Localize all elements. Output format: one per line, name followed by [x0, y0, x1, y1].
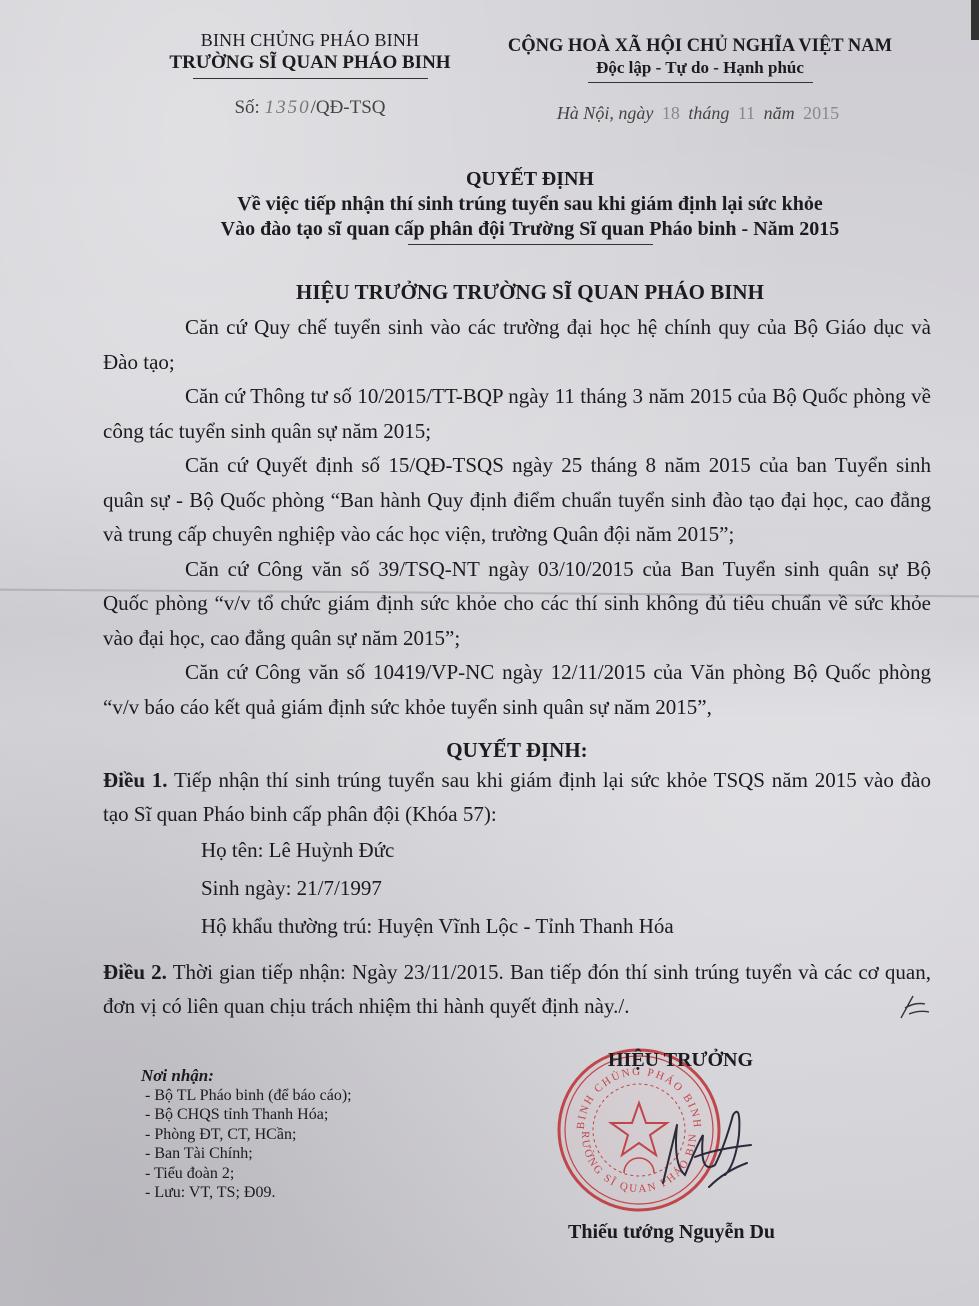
recipient-item: - Lưu: VT, TS; Đ09.	[145, 1183, 352, 1203]
document-title-block: QUYẾT ĐỊNH Về việc tiếp nhận thí sinh tr…	[140, 168, 920, 245]
legal-basis: Căn cứ Quyết định số 15/QĐ-TSQS ngày 25 …	[103, 448, 931, 552]
issuing-agency-block: BINH CHỦNG PHÁO BINH TRƯỜNG SĨ QUAN PHÁO…	[130, 30, 490, 119]
subject-line-1: Về việc tiếp nhận thí sinh trúng tuyển s…	[140, 193, 920, 216]
recipient-item: - Bộ CHQS tỉnh Thanh Hóa;	[145, 1105, 352, 1125]
date-day: 18	[658, 103, 684, 123]
number-prefix: Số:	[234, 97, 259, 118]
date-prefix: Hà Nội, ngày	[557, 103, 654, 123]
title-underline	[408, 244, 653, 245]
recipients-heading: Nơi nhận:	[141, 1066, 352, 1086]
document-title: QUYẾT ĐỊNH	[140, 168, 920, 191]
number-suffix: /QĐ-TSQ	[311, 97, 386, 118]
candidate-dob: Sinh ngày: 21/7/1997	[103, 869, 931, 907]
date-month-label: tháng	[688, 103, 729, 123]
date-year: 2015	[799, 103, 843, 123]
motto-underline	[588, 82, 813, 83]
issuer-title: HIỆU TRƯỞNG TRƯỜNG SĨ QUAN PHÁO BINH	[140, 280, 920, 305]
recipient-item: - Ban Tài Chính;	[145, 1144, 352, 1164]
handwritten-signature-icon	[655, 1105, 765, 1195]
national-header-block: CỘNG HOÀ XÃ HỘI CHỦ NGHĨA VIỆT NAM Độc l…	[480, 36, 920, 124]
recipients-block: Nơi nhận: - Bộ TL Pháo binh (để báo cáo)…	[143, 1066, 352, 1203]
recipient-item: - Phòng ĐT, CT, HCần;	[145, 1125, 352, 1145]
subject-line-2: Vào đào tạo sĩ quan cấp phân đội Trường …	[140, 218, 920, 241]
initials-mark-icon	[895, 990, 935, 1020]
decision-heading: QUYẾT ĐỊNH:	[103, 738, 931, 763]
date-year-label: năm	[764, 103, 795, 123]
document-number: Số: 1350/QĐ-TSQ	[130, 97, 490, 119]
country-name: CỘNG HOÀ XÃ HỘI CHỦ NGHĨA VIỆT NAM	[480, 36, 920, 57]
legal-basis: Căn cứ Quy chế tuyển sinh vào các trường…	[103, 310, 931, 379]
legal-bases: Căn cứ Quy chế tuyển sinh vào các trường…	[103, 310, 931, 724]
article-2-label: Điều 2.	[103, 960, 167, 984]
number-value: 1350	[265, 97, 311, 118]
national-motto: Độc lập - Tự do - Hạnh phúc	[480, 58, 920, 78]
recipient-item: - Tiểu đoàn 2;	[145, 1164, 352, 1184]
paper-edge	[971, 0, 979, 40]
legal-basis: Căn cứ Công văn số 39/TSQ-NT ngày 03/10/…	[103, 552, 931, 656]
issue-date: Hà Nội, ngày 18 tháng 11 năm 2015	[480, 103, 920, 124]
legal-basis: Căn cứ Công văn số 10419/VP-NC ngày 12/1…	[103, 655, 931, 724]
article-1: Điều 1. Tiếp nhận thí sinh trúng tuyển s…	[103, 763, 931, 831]
organization-name: TRƯỜNG SĨ QUAN PHÁO BINH	[130, 52, 490, 74]
article-2-text: Thời gian tiếp nhận: Ngày 23/11/2015. Ba…	[103, 960, 931, 1018]
date-month: 11	[734, 103, 759, 123]
header-underline	[193, 78, 428, 79]
signer-role: HIỆU TRƯỞNG	[608, 1049, 753, 1072]
recipient-item: - Bộ TL Pháo binh (để báo cáo);	[145, 1086, 352, 1106]
candidate-name: Họ tên: Lê Huỳnh Đức	[103, 831, 931, 869]
signature-block: BINH CHỦNG PHÁO BINH TRƯỜNG SĨ QUAN PHÁO…	[540, 1045, 840, 1265]
legal-basis: Căn cứ Thông tư số 10/2015/TT-BQP ngày 1…	[103, 379, 931, 448]
candidate-residence: Hộ khẩu thường trú: Huyện Vĩnh Lộc - Tỉn…	[103, 907, 931, 945]
parent-organization: BINH CHỦNG PHÁO BINH	[130, 30, 490, 51]
article-1-text: Tiếp nhận thí sinh trúng tuyển sau khi g…	[103, 768, 931, 826]
article-1-label: Điều 1.	[103, 768, 168, 792]
signer-name: Thiếu tướng Nguyễn Du	[568, 1221, 775, 1244]
article-2: Điều 2. Thời gian tiếp nhận: Ngày 23/11/…	[103, 955, 931, 1023]
decision-section: QUYẾT ĐỊNH: Điều 1. Tiếp nhận thí sinh t…	[103, 738, 931, 945]
